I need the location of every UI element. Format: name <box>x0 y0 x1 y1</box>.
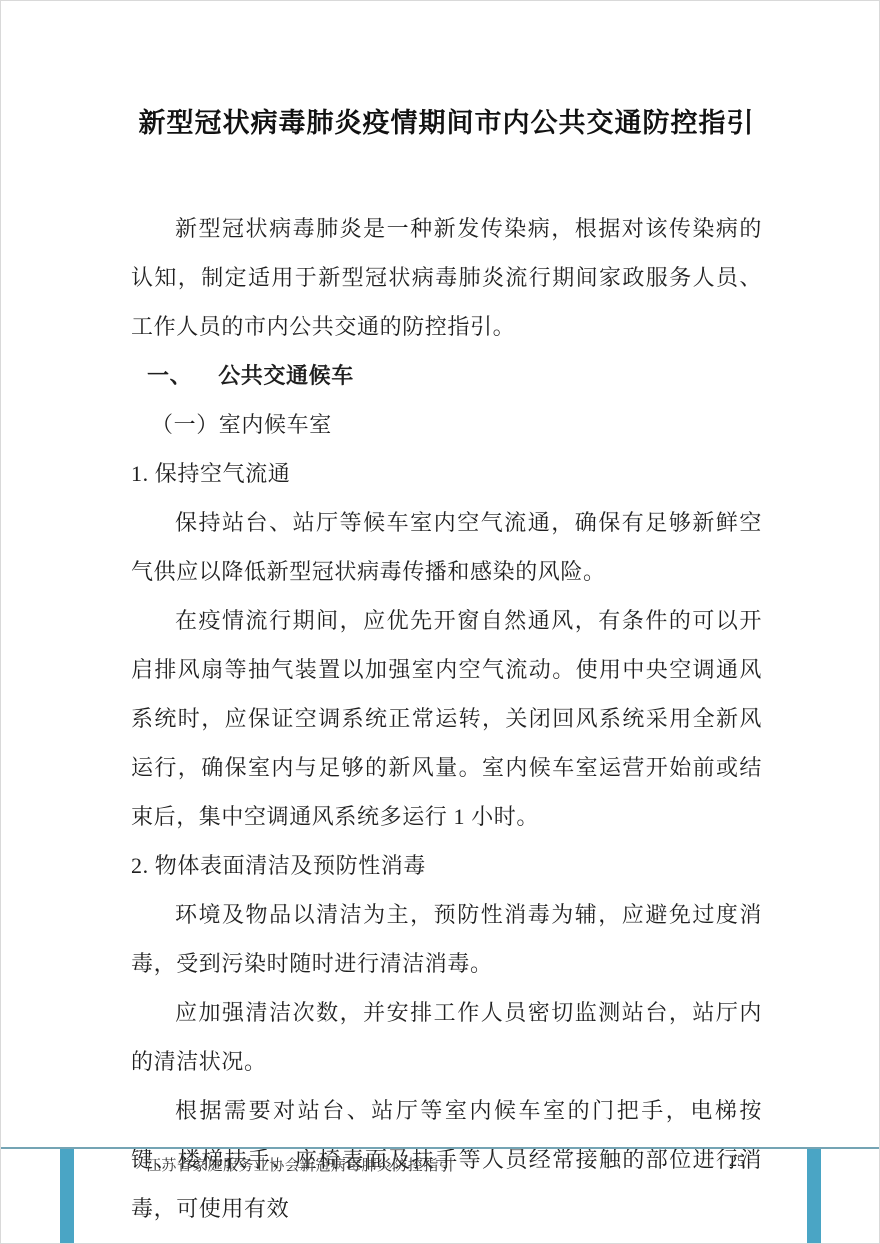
heading-section-one-label: 公共交通候车 <box>218 363 354 388</box>
paragraph-air-circulation-2: 在疫情流行期间，应优先开窗自然通风，有条件的可以开启排风扇等抽气装置以加强室内空… <box>131 596 762 841</box>
page-number: 25 <box>729 1153 745 1171</box>
heading-item-2-surface-cleaning: 2. 物体表面清洁及预防性消毒 <box>131 841 762 890</box>
paragraph-intro: 新型冠状病毒肺炎是一种新发传染病，根据对该传染病的认知，制定适用于新型冠状病毒肺… <box>131 204 762 351</box>
heading-section-one: 一、公共交通候车 <box>147 351 762 400</box>
footer-divider <box>1 1147 879 1149</box>
paragraph-cleaning-2: 应加强清洁次数，并安排工作人员密切监测站台，站厅内的清洁状况。 <box>131 988 762 1086</box>
paragraph-cleaning-1: 环境及物品以清洁为主，预防性消毒为辅，应避免过度消毒，受到污染时随时进行清洁消毒… <box>131 890 762 988</box>
footer-text: 江苏省家庭服务业协会新冠病毒肺炎防控指引 <box>146 1154 454 1175</box>
paragraph-air-circulation-1: 保持站台、站厅等候车室内空气流通，确保有足够新鲜空气供应以降低新型冠状病毒传播和… <box>131 498 762 596</box>
heading-item-1-air-circulation: 1. 保持空气流通 <box>131 449 762 498</box>
heading-section-one-numbering: 一、 <box>147 363 192 388</box>
document-page: 新型冠状病毒肺炎疫情期间市内公共交通防控指引 新型冠状病毒肺炎是一种新发传染病，… <box>0 0 880 1244</box>
heading-subsection-indoor-waiting-room: （一）室内候车室 <box>151 400 762 449</box>
page-title: 新型冠状病毒肺炎疫情期间市内公共交通防控指引 <box>131 104 762 142</box>
left-accent-bar <box>60 1149 74 1243</box>
text-block: 新型冠状病毒肺炎疫情期间市内公共交通防控指引 新型冠状病毒肺炎是一种新发传染病，… <box>131 1 762 1233</box>
right-accent-bar <box>807 1149 821 1243</box>
